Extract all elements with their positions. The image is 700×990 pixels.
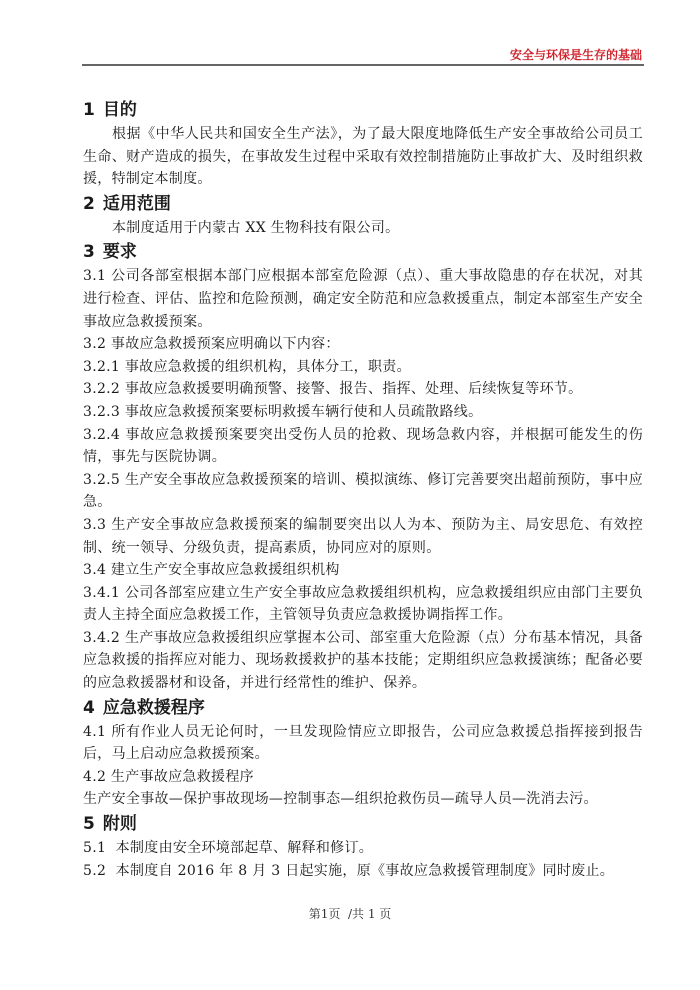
clause-3-2-2: 3.2.2 事故应急救援要明确预警、接警、报告、指挥、处理、后续恢复等环节。 <box>83 378 643 401</box>
page-footer: 第1页 /共 1 页 <box>0 905 700 922</box>
section-title: 要求 <box>103 242 137 262</box>
clause-3-2-1: 3.2.1 事故应急救援的组织机构，具体分工，职责。 <box>83 356 643 379</box>
clause-3-3: 3.3 生产安全事故应急救援预案的编制要突出以人为本、预防为主、局安思危、有效控… <box>83 514 643 559</box>
header-motto: 安全与环保是生存的基础 <box>510 46 642 63</box>
clause-3-4-2: 3.4.2 生产事故应急救援组织应掌握本公司、部室重大危险源（点）分布基本情况，… <box>83 627 643 695</box>
section-number: 5 <box>83 811 95 837</box>
clause-3-2-4: 3.2.4 事故应急救援预案要突出受伤人员的抢救、现场急救内容，并根据可能发生的… <box>83 424 643 469</box>
clause-4-2: 4.2 生产事故应急救援程序 <box>83 766 643 789</box>
section-number: 1 <box>83 97 95 123</box>
section-title: 目的 <box>103 100 137 120</box>
section-title: 应急救援程序 <box>103 698 205 718</box>
paragraph: 根据《中华人民共和国安全生产法》，为了最大限度地降低生产安全事故给公司员工生命、… <box>83 123 643 191</box>
section-heading-4: 4应急救援程序 <box>83 695 643 721</box>
section-number: 4 <box>83 695 95 721</box>
section-number: 3 <box>83 239 95 265</box>
clause-3-4-1: 3.4.1 公司各部室应建立生产安全事故应急救援组织机构，应急救援组织应由部门主… <box>83 582 643 627</box>
clause-5-2: 5.2 本制度自 2016 年 8 月 3 日起实施，原《事故应急救援管理制度》… <box>83 860 643 883</box>
section-heading-2: 2适用范围 <box>83 191 643 217</box>
page-number: 第1页 /共 1 页 <box>309 907 392 921</box>
clause-3-1: 3.1 公司各部室根据本部门应根据本部室危险源（点）、重大事故隐患的存在状况，对… <box>83 265 643 333</box>
clause-3-2: 3.2 事故应急救援预案应明确以下内容： <box>83 333 643 356</box>
section-heading-3: 3要求 <box>83 239 643 265</box>
paragraph: 本制度适用于内蒙古 XX 生物科技有限公司。 <box>83 217 643 240</box>
clause-3-4: 3.4 建立生产安全事故应急救援组织机构 <box>83 559 643 582</box>
procedure-flow: 生产安全事故—保护事故现场—控制事态—组织抢救伤员—疏导人员—洗消去污。 <box>83 788 643 811</box>
section-number: 2 <box>83 191 95 217</box>
clause-4-1: 4.1 所有作业人员无论何时，一旦发现险情应立即报告，公司应急救援总指挥接到报告… <box>83 721 643 766</box>
section-title: 附则 <box>103 814 137 834</box>
clause-5-1: 5.1 本制度由安全环境部起草、解释和修订。 <box>83 837 643 860</box>
clause-3-2-3: 3.2.3 事故应急救援预案要标明救援车辆行使和人员疏散路线。 <box>83 401 643 424</box>
section-heading-5: 5附则 <box>83 811 643 837</box>
page-header: 安全与环保是生存的基础 <box>82 44 644 66</box>
document-body: 1目的 根据《中华人民共和国安全生产法》，为了最大限度地降低生产安全事故给公司员… <box>83 97 643 882</box>
section-heading-1: 1目的 <box>83 97 643 123</box>
section-title: 适用范围 <box>103 194 171 214</box>
clause-3-2-5: 3.2.5 生产安全事故应急救援预案的培训、模拟演练、修订完善要突出超前预防，事… <box>83 469 643 514</box>
